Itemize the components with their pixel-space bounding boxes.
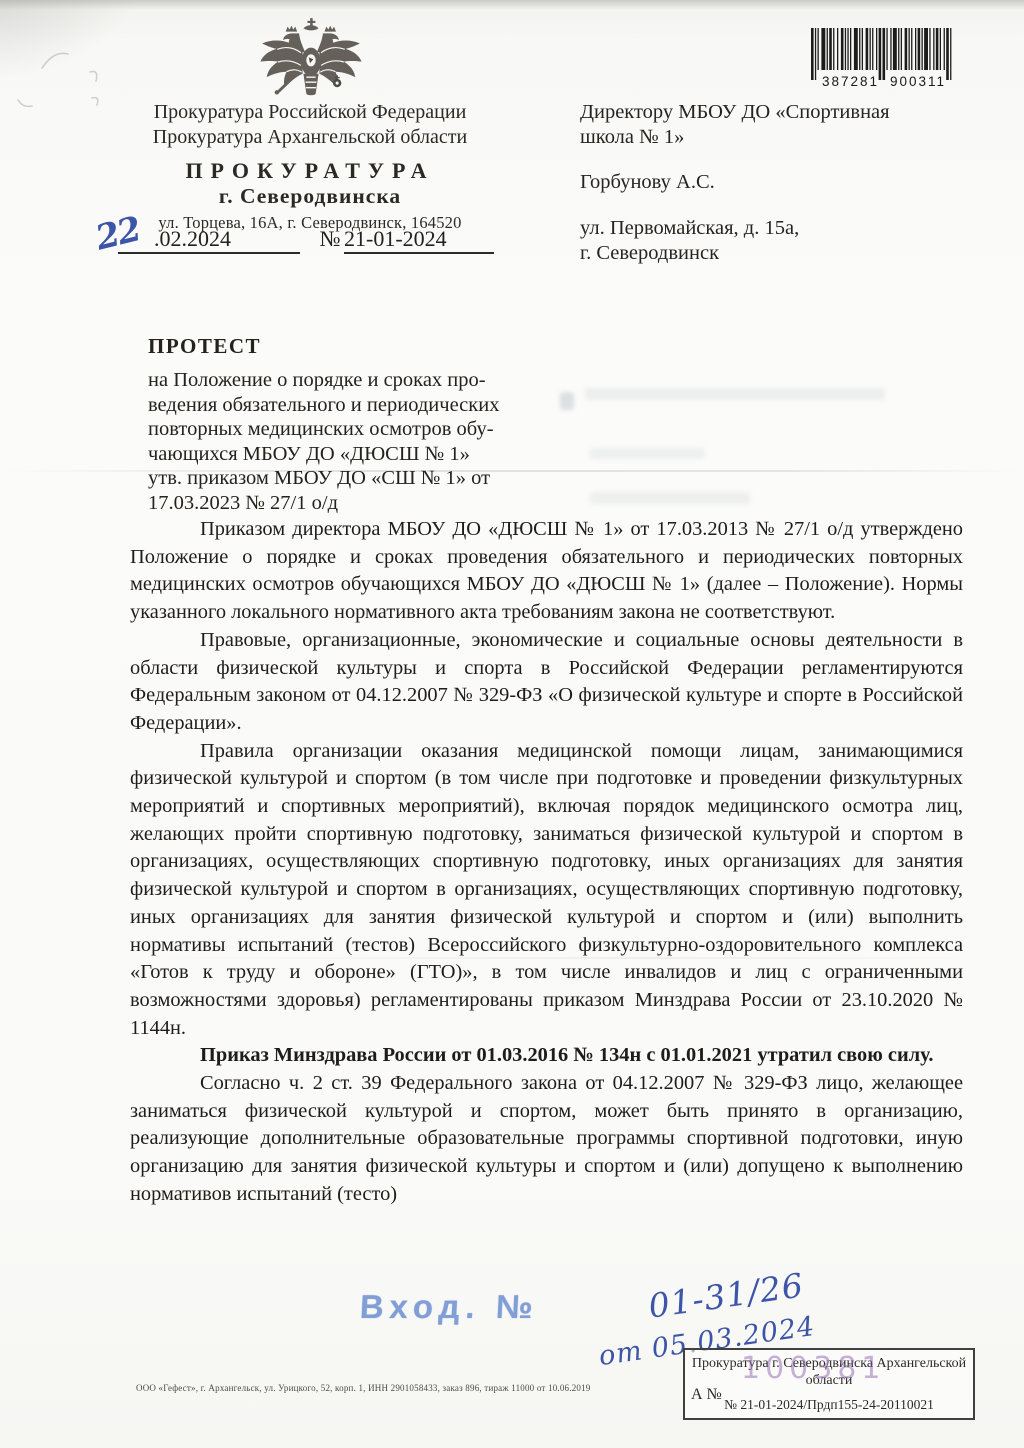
document-title: ПРОТЕСТ: [148, 334, 638, 359]
barcode-digits-right: 900311: [890, 74, 946, 89]
registry-stamp-number: 100381: [741, 1360, 886, 1377]
body-paragraph-bold: Приказ Минздрава России от 01.03.2016 № …: [130, 1042, 963, 1070]
protest-subject: на Положение о порядке и сроках про- вед…: [148, 368, 638, 516]
office-name: ПРОКУРАТУРА: [85, 158, 535, 184]
sender-block: Прокуратура Российской Федерации Прокура…: [85, 100, 535, 233]
number-sign: №: [320, 226, 341, 251]
addressee-organization: Директору МБОУ ДО «Спортивная школа № 1»: [580, 100, 980, 150]
addressee-address: ул. Первомайская, д. 15а, г. Северодвинс…: [580, 216, 980, 266]
russian-coat-of-arms-icon: [252, 18, 372, 108]
addressee-block: Директору МБОУ ДО «Спортивная школа № 1»…: [580, 100, 980, 266]
body-paragraph: Правовые, организационные, экономические…: [130, 627, 963, 738]
body-paragraph: Согласно ч. 2 ст. 39 Федерального закона…: [130, 1070, 963, 1209]
printer-info: ООО «Гефест», г. Архангельск, ул. Урицко…: [136, 1383, 591, 1393]
scanned-document-page: 387281 900311 Прокуратура Российской Фед…: [0, 0, 1024, 1448]
office-city: г. Северодвинска: [85, 184, 535, 209]
document-body: Приказом директора МБОУ ДО «ДЮСШ № 1» от…: [130, 516, 963, 1209]
barcode-icon: 387281 900311: [808, 26, 960, 90]
addressee-name: Горбунову А.С.: [580, 170, 980, 195]
document-date: .02.2024: [118, 226, 300, 254]
org-name-federation: Прокуратура Российской Федерации: [85, 100, 535, 125]
barcode-digits-left: 387281: [822, 74, 879, 89]
incoming-stamp-label: Вход. №: [359, 1288, 540, 1326]
org-name-region: Прокуратура Архангельской области: [85, 125, 535, 150]
document-number: 21-01-2024: [344, 226, 494, 254]
body-paragraph: Правила организации оказания медицинской…: [130, 738, 963, 1043]
date-number-line: 22 .02.2024 № 21-01-2024: [118, 226, 494, 254]
body-paragraph: Приказом директора МБОУ ДО «ДЮСШ № 1» от…: [130, 516, 963, 627]
registry-reg-number: № 21-01-2024/Прдп155-24-20110021: [685, 1396, 973, 1413]
protest-heading: ПРОТЕСТ на Положение о порядке и сроках …: [148, 334, 638, 516]
registry-stamp-box: Прокуратура г. Северодвинска Архангельск…: [683, 1348, 975, 1420]
